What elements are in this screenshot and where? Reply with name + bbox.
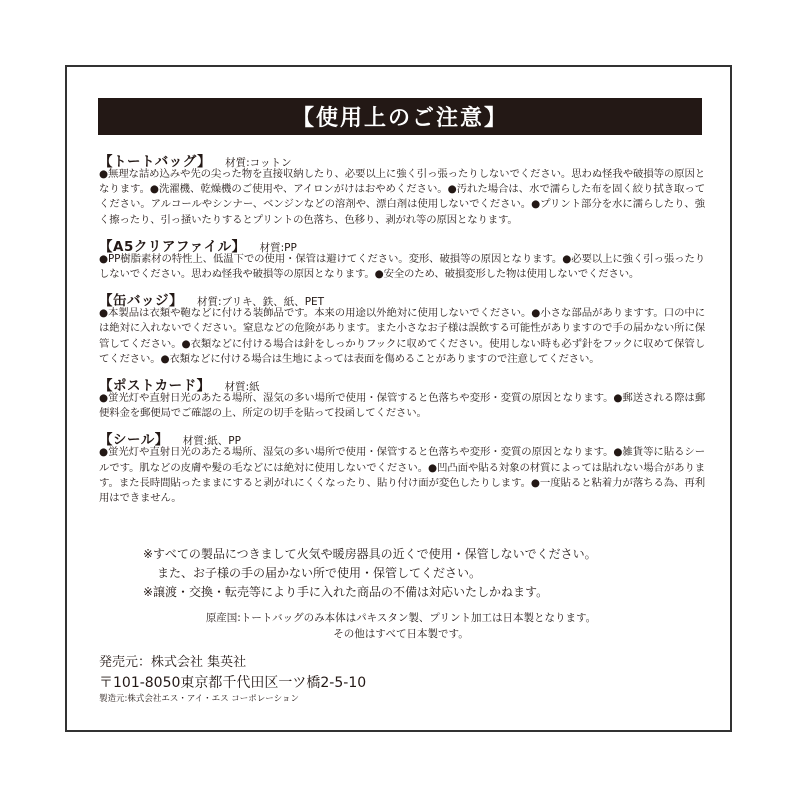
note-fire-warning: ※すべての製品につきまして火気や暖房器具の近くで使用・保管しないでください。 [143, 545, 597, 564]
section-sticker: 【シール】 材質:紙、PP ●蛍光灯や直射日光のあたる場所、湿気の多い場所で使用… [99, 428, 705, 506]
section-body: ●蛍光灯や直射日光のあたる場所、湿気の多い場所で使用・保管すると色落ちや変形・変… [99, 445, 705, 506]
section-body: ●PP樹脂素材の特性上、低温下での使用・保管は避けてください。変形、破損等の原因… [99, 252, 705, 282]
note-resale-disclaimer: ※譲渡・交換・転売等により手に入れた商品の不備は対応いたしかねます。 [143, 583, 597, 602]
section-body: ●本製品は衣類や鞄などに付ける装飾品です。本来の用途以外絶対に使用しないでくださ… [99, 306, 705, 367]
country-of-origin: 原産国:トートバッグのみ本体はパキスタン製、プリント加工は日本製となります。 そ… [99, 610, 703, 642]
sections-container: 【トートバッグ】 材質:コットン ●無理な詰め込みや先の尖った物を直接収納したり… [99, 150, 705, 513]
section-tote-bag: 【トートバッグ】 材質:コットン ●無理な詰め込みや先の尖った物を直接収納したり… [99, 150, 705, 228]
note-children-warning: また、お子様の手の届かない所で使用・保管してください。 [143, 564, 597, 583]
section-can-badge: 【缶バッジ】 材質:ブリキ、鉄、紙、PET ●本製品は衣類や鞄などに付ける装飾品… [99, 289, 705, 367]
page-title: 【使用上のご注意】 [98, 98, 702, 135]
manufacturer-info: 製造元:株式会社エス・アイ・エス コーポレーション [99, 692, 299, 704]
origin-line-1: 原産国:トートバッグのみ本体はパキスタン製、プリント加工は日本製となります。 [99, 610, 703, 626]
origin-line-2: その他はすべて日本製です。 [99, 626, 703, 642]
section-body: ●無理な詰め込みや先の尖った物を直接収納したり、必要以上に強く引っ張ったりしない… [99, 167, 705, 228]
section-body: ●蛍光灯や直射日光のあたる場所、湿気の多い場所で使用・保管すると色落ちや変形・変… [99, 391, 705, 421]
general-notes: ※すべての製品につきまして火気や暖房器具の近くで使用・保管しないでください。 ま… [143, 545, 597, 602]
seller-name: 発売元：株式会社 集英社 [99, 652, 366, 673]
section-postcard: 【ポストカード】 材質:紙 ●蛍光灯や直射日光のあたる場所、湿気の多い場所で使用… [99, 374, 705, 421]
page-title-text: 【使用上のご注意】 [292, 101, 508, 132]
seller-info: 発売元：株式会社 集英社 〒101-8050東京都千代田区一ツ橋2-5-10 [99, 652, 366, 694]
section-clear-file: 【A5クリアファイル】 材質:PP ●PP樹脂素材の特性上、低温下での使用・保管… [99, 235, 705, 282]
seller-address: 〒101-8050東京都千代田区一ツ橋2-5-10 [99, 673, 366, 694]
